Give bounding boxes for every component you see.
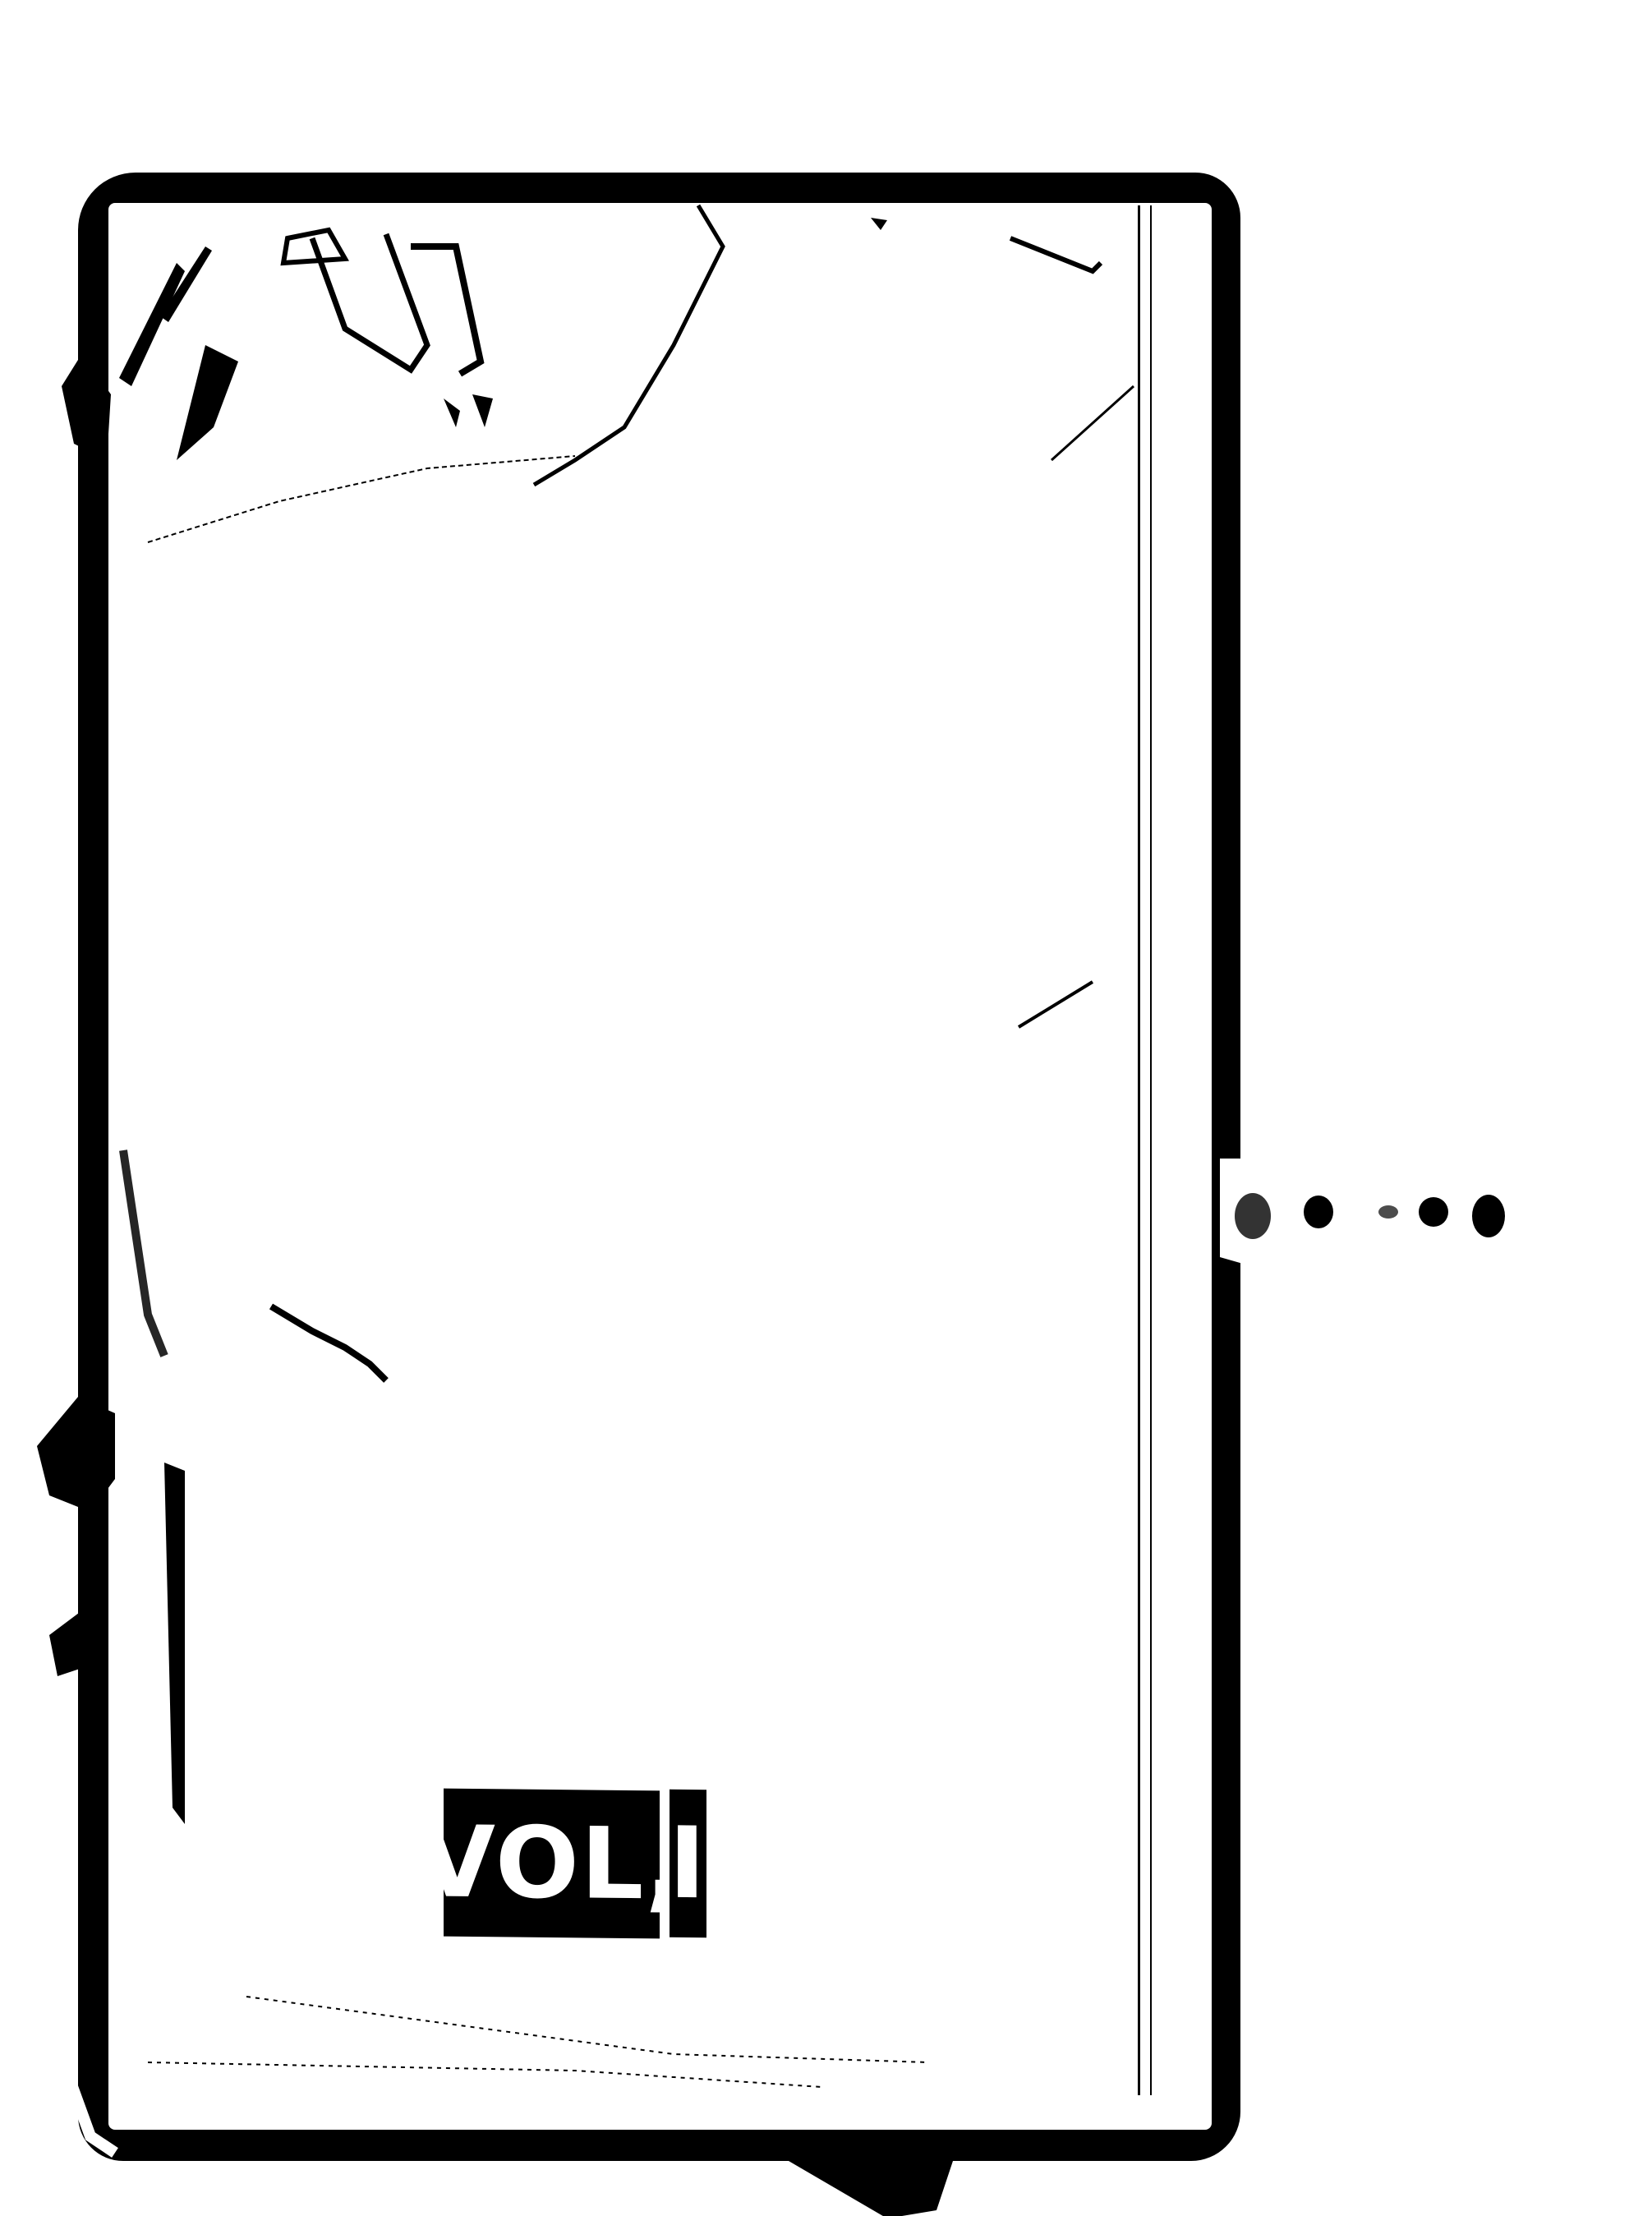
edge-smudges [1224, 1159, 1520, 1261]
wear-marks [0, 0, 1652, 2216]
volume-label: VOL, I [444, 1790, 706, 1937]
volume-number: I [670, 1790, 706, 1937]
scanned-cover: VOL, I [0, 0, 1652, 2216]
volume-prefix: VOL, [444, 1789, 660, 1939]
